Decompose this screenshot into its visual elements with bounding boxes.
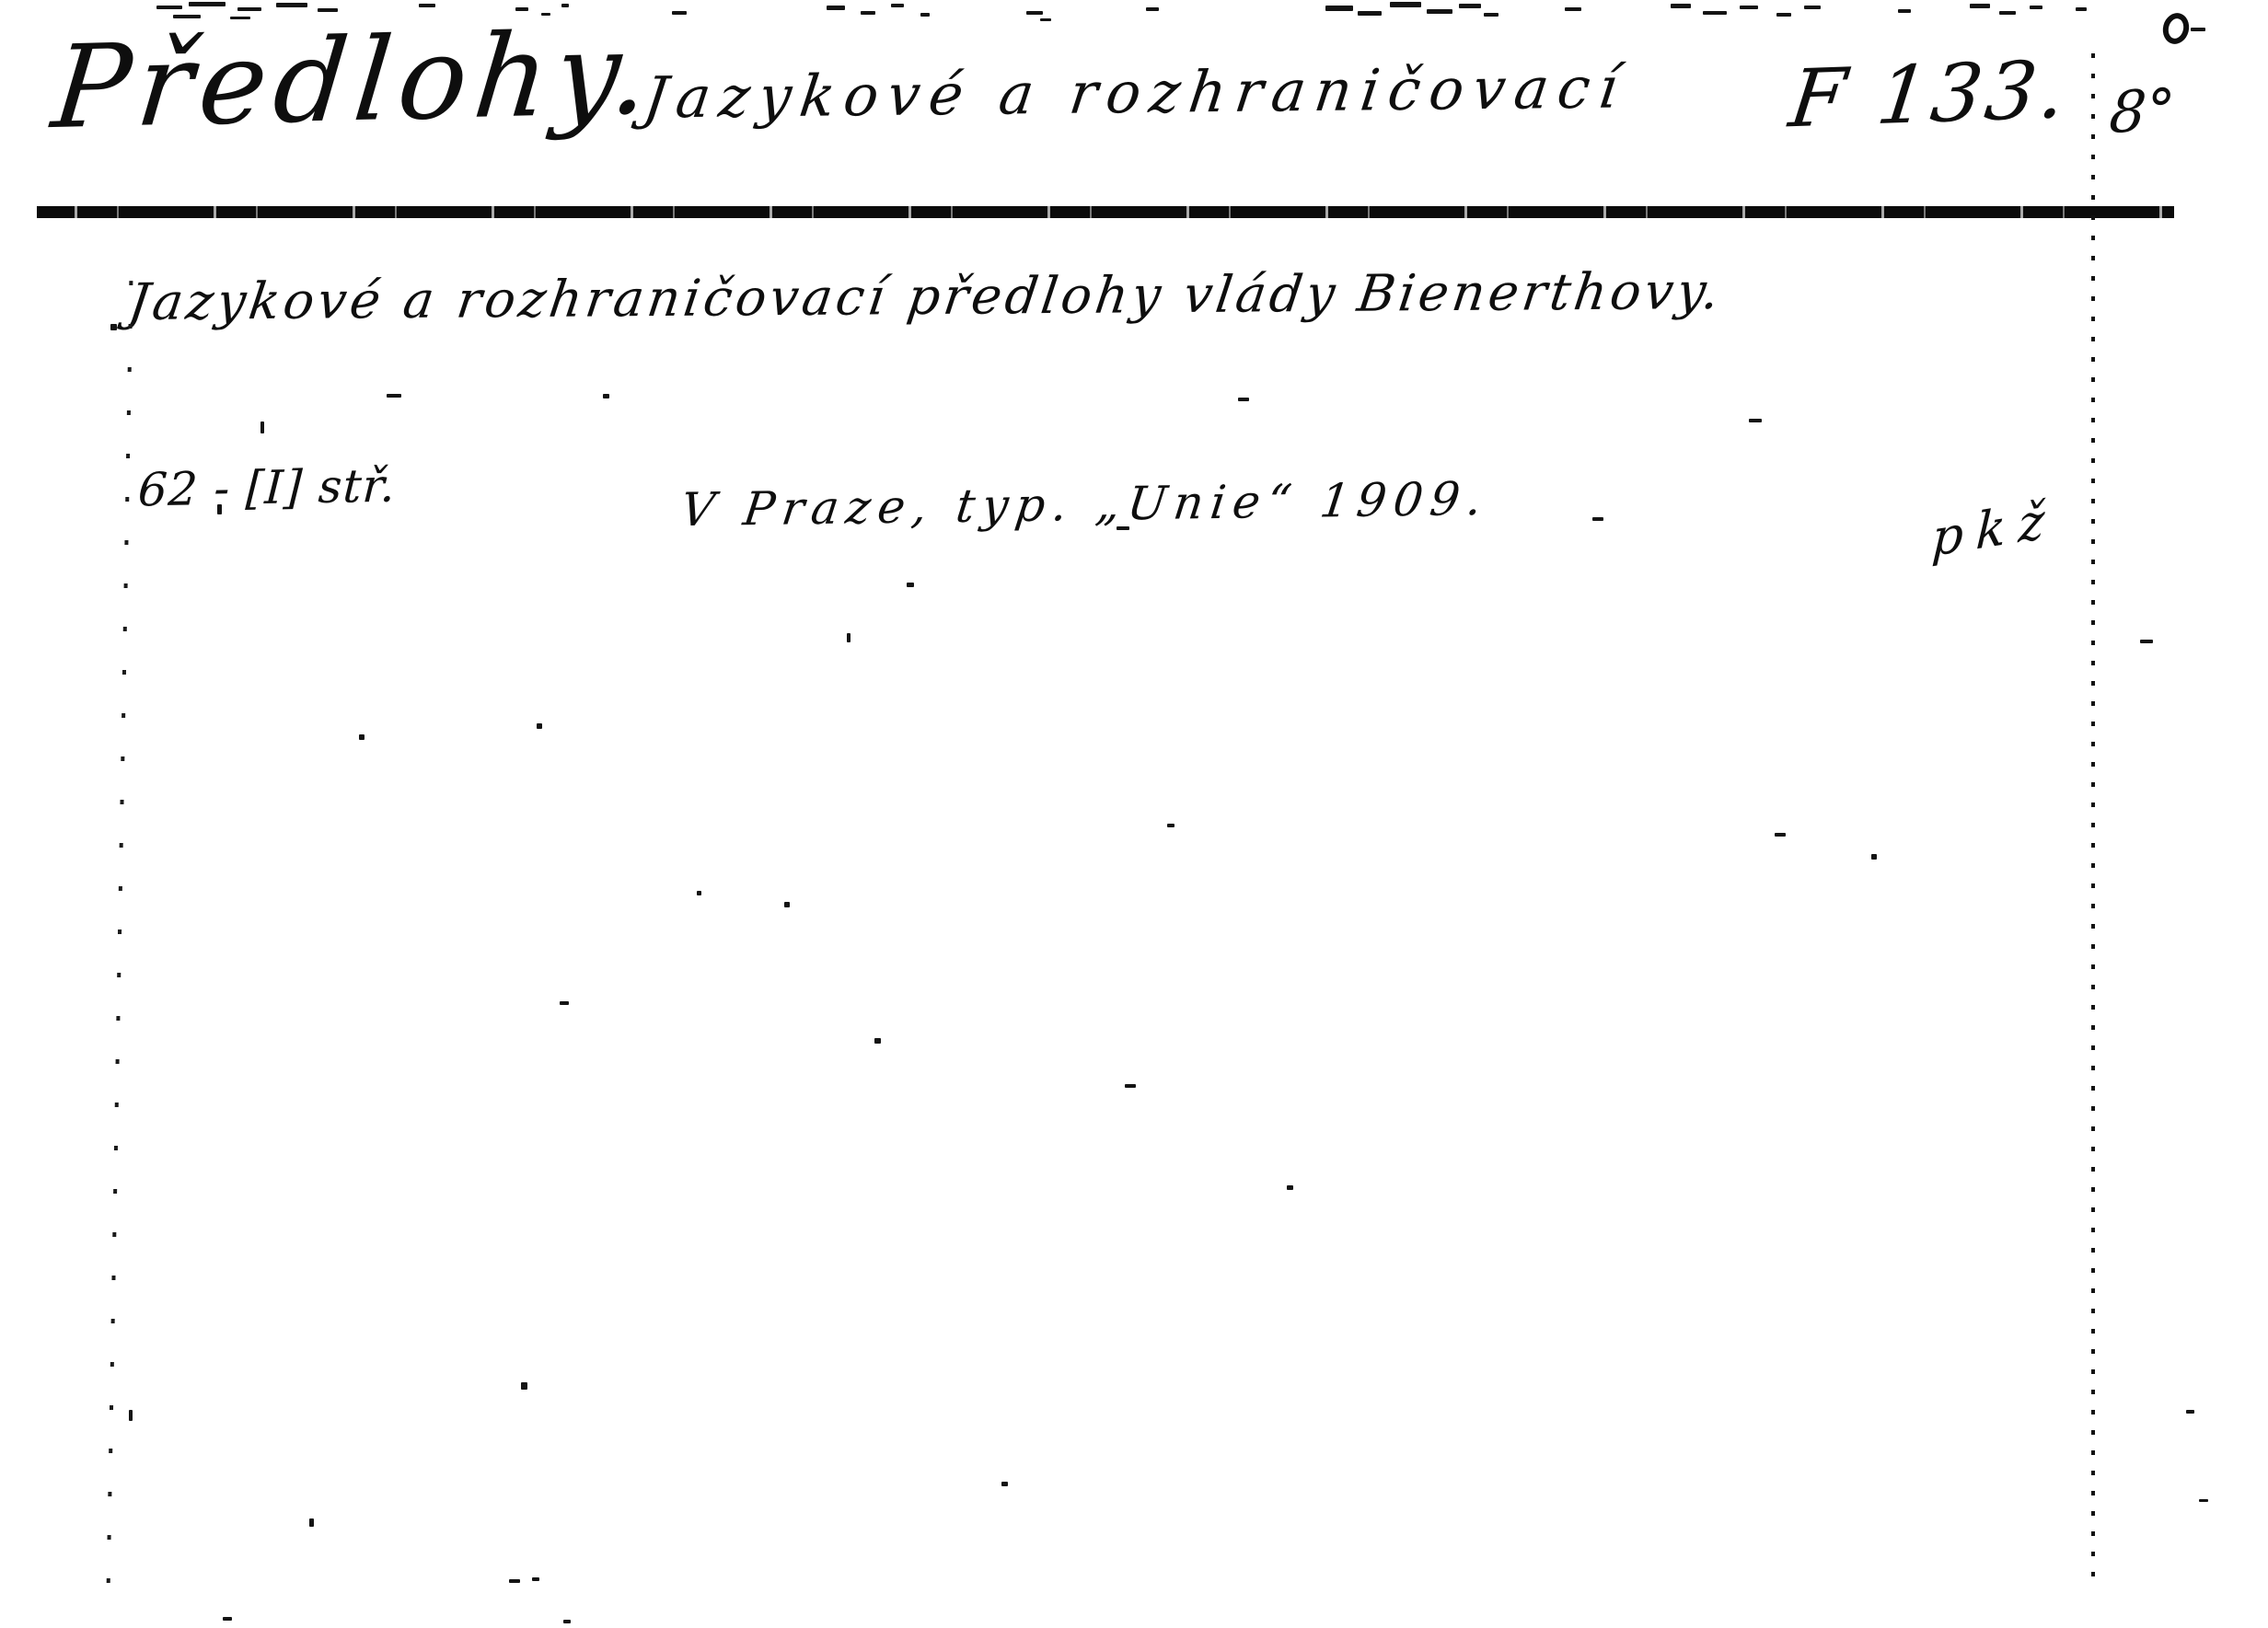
scan-speck <box>1167 824 1174 827</box>
card-subtitle: Jazykové a rozhraničovací <box>641 59 1630 126</box>
scan-speck <box>1117 526 1129 530</box>
scan-speck <box>1871 854 1877 860</box>
scan-speck <box>419 4 435 7</box>
scan-speck <box>230 17 250 19</box>
scan-speck <box>1459 4 1481 8</box>
scan-speck <box>156 6 182 9</box>
scan-speck <box>223 1617 232 1621</box>
scan-speck <box>1703 11 1727 15</box>
scan-speck <box>309 1518 314 1527</box>
scan-speck <box>1390 2 1421 7</box>
scan-speck <box>260 421 264 433</box>
scan-speck <box>1026 11 1043 15</box>
collation-note: 62 - [I] stř. <box>137 463 398 514</box>
scan-speck <box>1970 4 1990 8</box>
scan-speck <box>532 1577 539 1581</box>
scan-speck <box>2076 7 2087 11</box>
scan-speck <box>2191 28 2205 31</box>
scan-speck <box>318 8 338 12</box>
scan-speck <box>784 902 790 907</box>
scan-speck <box>920 13 930 17</box>
scan-speck <box>1804 6 1821 9</box>
scan-speck <box>1358 11 1382 16</box>
left-margin-dotted-line <box>107 281 133 1588</box>
scan-speck <box>173 15 201 18</box>
scan-speck <box>1040 18 1051 21</box>
scan-speck <box>129 1410 133 1421</box>
scan-speck <box>1146 7 1159 11</box>
scan-speck <box>2140 640 2153 643</box>
scan-speck <box>847 633 850 642</box>
scan-speck <box>110 324 117 330</box>
title-annotation: Jazykové a rozhraničovací předlohy vlády… <box>125 266 1725 328</box>
scan-speck <box>1999 11 2016 15</box>
scan-speck <box>827 6 845 10</box>
scan-speck <box>1001 1482 1008 1486</box>
scan-speck <box>387 394 401 398</box>
scan-speck <box>2030 6 2042 9</box>
scan-speck <box>541 13 550 16</box>
scan-speck <box>563 1620 571 1623</box>
scan-speck <box>603 394 609 398</box>
scan-speck <box>1671 4 1691 8</box>
catalog-card-scan: Předlohy. Jazykové a rozhraničovací F 13… <box>0 0 2268 1628</box>
scan-speck <box>509 1579 520 1583</box>
scan-speck <box>537 723 542 729</box>
cataloguer-initials: pkž <box>1930 494 2058 565</box>
scan-speck <box>1898 9 1911 13</box>
scan-speck <box>1484 13 1498 17</box>
scan-speck <box>1740 6 1758 9</box>
scan-speck <box>697 891 701 895</box>
shelfmark: F 133. <box>1786 51 2074 140</box>
scan-speck <box>521 1382 527 1390</box>
scan-speck <box>217 504 222 514</box>
imprint-note: V Praze, typ. „Unie“ 1909. <box>678 476 1492 533</box>
scan-speck <box>561 4 569 7</box>
scan-speck <box>276 3 307 7</box>
scan-speck <box>2186 1410 2194 1414</box>
scan-speck <box>1749 419 1762 422</box>
scan-speck <box>874 1038 881 1044</box>
scan-speck <box>1775 833 1786 837</box>
scan-speck <box>2199 1499 2208 1502</box>
scan-speck <box>861 11 875 15</box>
scan-speck <box>1287 1185 1293 1190</box>
scan-speck <box>907 583 914 587</box>
scan-speck <box>1427 9 1452 14</box>
scan-speck <box>1565 7 1581 11</box>
scan-speck <box>1325 6 1353 11</box>
scan-speck <box>1238 398 1249 401</box>
scan-speck <box>515 7 528 11</box>
scan-speck <box>672 11 687 15</box>
card-title: Předlohy. <box>48 17 662 145</box>
right-margin-dotted-line <box>2091 53 2095 1581</box>
scan-speck <box>189 2 226 6</box>
scan-speck <box>1125 1084 1136 1088</box>
scan-speck <box>237 7 261 11</box>
header-rule <box>37 206 2174 218</box>
scan-speck <box>891 4 904 7</box>
format-mark: 8° <box>2107 81 2177 142</box>
scan-speck <box>560 1001 569 1005</box>
scan-speck <box>1592 517 1603 521</box>
ink-blot <box>2159 10 2192 47</box>
scan-speck <box>359 734 364 740</box>
scan-speck <box>1776 13 1791 17</box>
